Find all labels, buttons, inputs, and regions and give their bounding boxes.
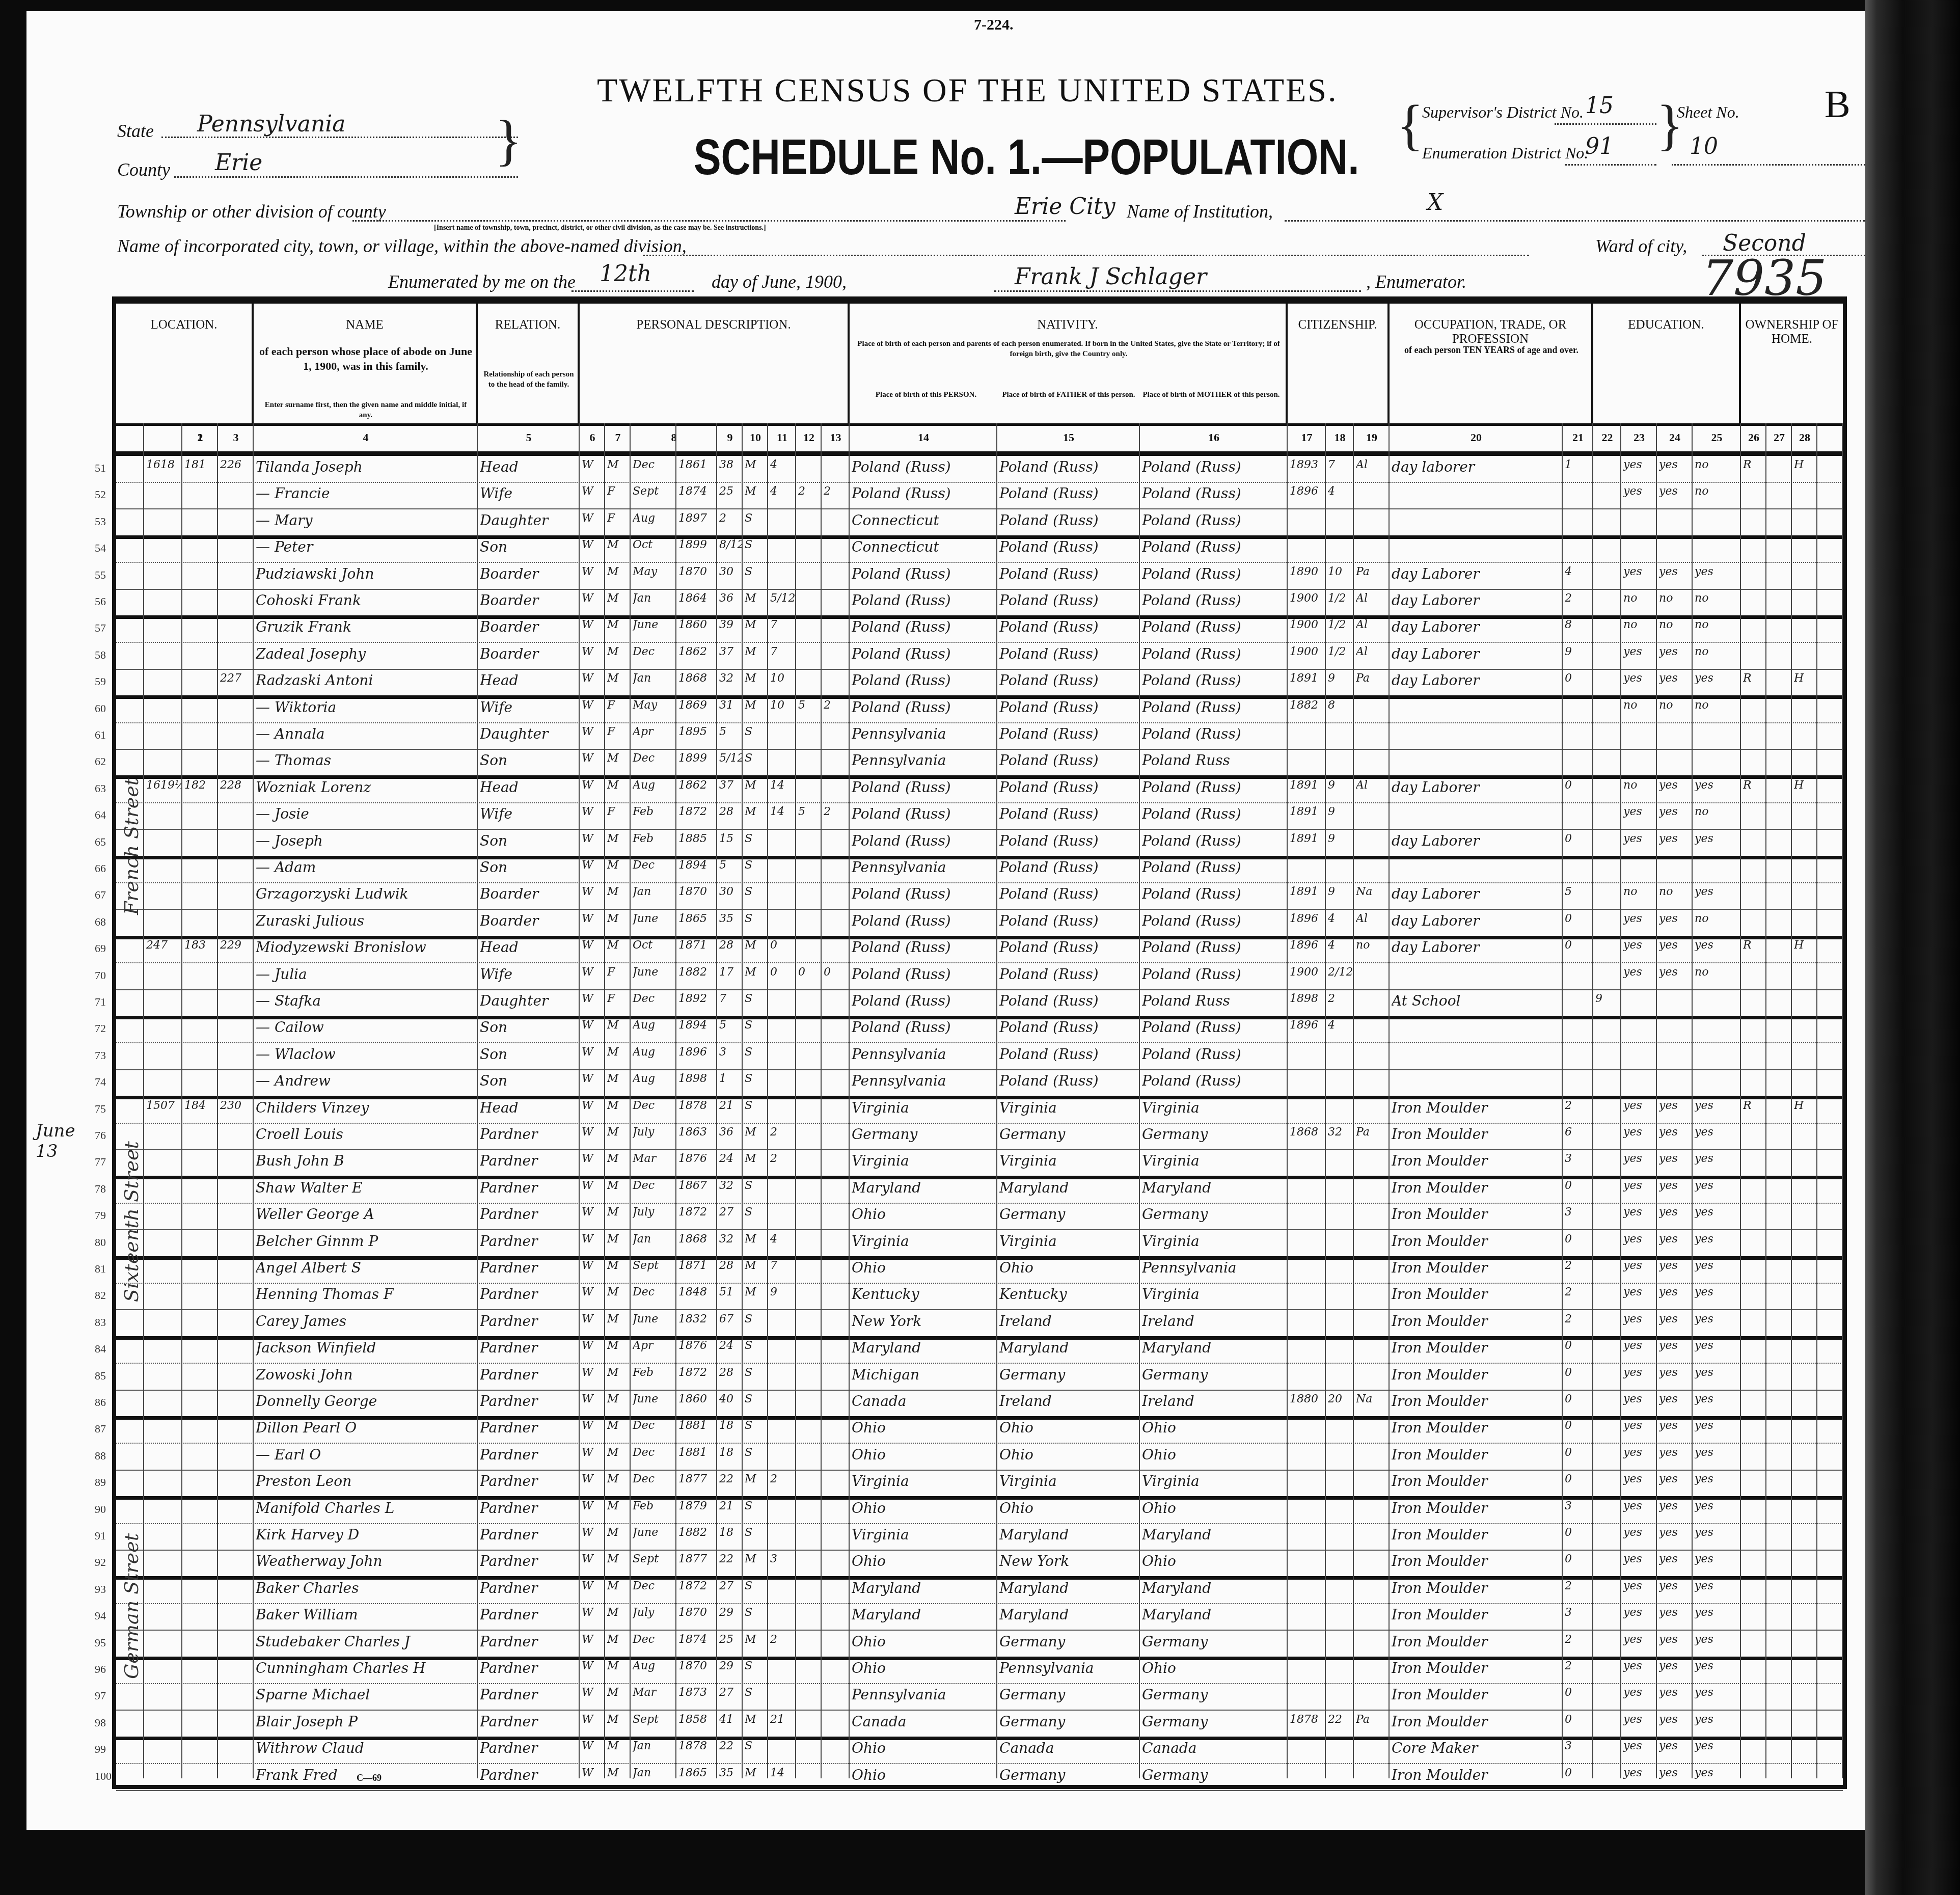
column-own [1741, 423, 1766, 1778]
column-living [822, 423, 850, 1778]
column-nat [1354, 423, 1390, 1778]
birth-father-header: Place of birth of FATHER of this person. [997, 390, 1140, 400]
form-number: 7-224. [974, 16, 1014, 34]
line-number: 78 [95, 1182, 106, 1196]
column-birth [850, 423, 997, 1778]
column-house [144, 423, 182, 1778]
line-number: 96 [95, 1663, 106, 1676]
population-table: LOCATION. NAME RELATION. PERSONAL DESCRI… [112, 296, 1847, 1789]
column-yrs_married [768, 423, 796, 1778]
group-ownership: OWNERSHIP OF HOME. [1741, 304, 1843, 423]
enumerator-line [994, 290, 1361, 292]
column-age [717, 423, 743, 1778]
line-number: 100 [95, 1770, 112, 1783]
enumerator-label: , Enumerator. [1366, 271, 1466, 292]
line-number: 93 [95, 1583, 106, 1596]
line-number: 77 [95, 1155, 106, 1169]
column-sex [605, 423, 631, 1778]
institution-label: Name of Institution, [1127, 201, 1273, 222]
line-number: 72 [95, 1022, 106, 1035]
enumerated-day: 12th [600, 261, 651, 287]
brace: { [1397, 93, 1424, 157]
state-value: Pennsylvania [197, 111, 346, 137]
line-number: 54 [95, 542, 106, 555]
occupation-instruction: of each person TEN YEARS of age and over… [1395, 344, 1588, 356]
line-number: 57 [95, 621, 106, 635]
line-number: 84 [95, 1342, 106, 1356]
institution-value: X [1427, 189, 1443, 215]
line-number: 75 [95, 1102, 106, 1116]
line-number: 83 [95, 1316, 106, 1329]
column-relation [478, 423, 580, 1778]
line-number: 87 [95, 1422, 106, 1436]
footer-code: C—69 [357, 1773, 382, 1783]
column-fs [1817, 423, 1843, 1778]
county-line [174, 176, 518, 178]
line-number: 62 [95, 755, 106, 768]
column-free [1766, 423, 1792, 1778]
line-number: 86 [95, 1396, 106, 1409]
line-number: 61 [95, 728, 106, 742]
line-number: 79 [95, 1209, 106, 1222]
sheet-line [1672, 164, 1865, 166]
name-enter-instruction: Enter surname first, then the given name… [259, 400, 473, 420]
column-mother_of [796, 423, 822, 1778]
institution-line [1285, 220, 1865, 222]
column-write [1657, 423, 1693, 1778]
enumerated-label: Enumerated by me on the [388, 271, 576, 292]
line-number: 81 [95, 1262, 106, 1276]
column-dwelling [182, 423, 218, 1778]
line-number: 91 [95, 1529, 106, 1542]
line-number: 74 [95, 1075, 106, 1089]
column-english [1693, 423, 1741, 1778]
line-number: 71 [95, 995, 106, 1009]
enumerated-day-line [571, 290, 694, 292]
census-title: TWELFTH CENSUS OF THE UNITED STATES. [597, 71, 1338, 110]
group-occupation: OCCUPATION, TRADE, OR PROFESSION [1390, 304, 1593, 423]
line-number: 52 [95, 488, 106, 501]
county-value: Erie [215, 150, 262, 176]
line-number: 69 [95, 942, 106, 955]
township-value: Erie City [1015, 194, 1115, 220]
column-color [580, 423, 605, 1778]
city-label: Name of incorporated city, town, or vill… [117, 235, 687, 257]
line-number: 53 [95, 515, 106, 528]
township-instruction: [Insert name of township, town, precinct… [434, 224, 766, 232]
line-number: 55 [95, 568, 106, 582]
date-note: June 13 [36, 1121, 76, 1161]
supervisor-label: Supervisor's District No. [1422, 103, 1584, 122]
street-name-note: French Street [120, 778, 143, 915]
line-number: 98 [95, 1716, 106, 1729]
township-label: Township or other division of county [117, 201, 386, 222]
birth-mother-header: Place of birth of MOTHER of this person. [1140, 390, 1283, 400]
group-citizenship: CITIZENSHIP. [1288, 304, 1390, 423]
line-number: 90 [95, 1503, 106, 1516]
line-number: 66 [95, 862, 106, 875]
schedule-letter: B [1825, 83, 1850, 127]
group-location: LOCATION. [116, 304, 254, 423]
column-school [1593, 423, 1621, 1778]
sheet-value: 10 [1690, 133, 1718, 159]
ed-label: Enumeration District No. [1422, 144, 1588, 163]
schedule-title: SCHEDULE No. 1.—POPULATION. [694, 128, 1359, 186]
column-mother [1140, 423, 1288, 1778]
nativity-instruction: Place of birth of each person and parent… [855, 339, 1283, 359]
ed-value: 91 [1585, 133, 1614, 159]
column-marital [743, 423, 768, 1778]
enumerated-date-label: day of June, 1900, [712, 271, 847, 292]
line-number: 58 [95, 648, 106, 662]
group-nativity: NATIVITY. [850, 304, 1288, 423]
line-number: 89 [95, 1476, 106, 1489]
column-family [218, 423, 254, 1778]
line-number: 94 [95, 1609, 106, 1622]
film-edge [1865, 0, 1960, 1895]
column-year [676, 423, 717, 1778]
line-number: 76 [95, 1129, 106, 1142]
line-number: 60 [95, 702, 106, 715]
line-number: 56 [95, 595, 106, 608]
township-line [352, 220, 1066, 222]
column-farm [1792, 423, 1817, 1778]
group-relation: RELATION. [478, 304, 580, 423]
ward-label: Ward of city, [1595, 235, 1687, 257]
line-number: 88 [95, 1449, 106, 1463]
supervisor-line [1555, 123, 1656, 125]
column-month [631, 423, 676, 1778]
line-number: 65 [95, 835, 106, 849]
group-education: EDUCATION. [1593, 304, 1741, 423]
line-number: 59 [95, 675, 106, 688]
line-number: 51 [95, 462, 106, 475]
street-name-note: German Street [120, 1533, 143, 1679]
birth-person-header: Place of birth of this PERSON. [855, 390, 997, 400]
street-name-note: Sixteenth Street [120, 1141, 143, 1302]
supervisor-value: 15 [1585, 93, 1614, 119]
line-number: 85 [95, 1369, 106, 1383]
column-read [1621, 423, 1657, 1778]
city-line [643, 255, 1529, 256]
sheet-label: Sheet No. [1677, 103, 1739, 122]
name-instruction: of each person whose place of abode on J… [259, 344, 473, 373]
line-number: 73 [95, 1049, 106, 1062]
line-number: 68 [95, 915, 106, 929]
line-number: 64 [95, 808, 106, 822]
ed-line [1565, 164, 1656, 166]
column-father [997, 423, 1140, 1778]
brace: } [495, 108, 522, 173]
line-number: 92 [95, 1556, 106, 1569]
line-number: 99 [95, 1743, 106, 1756]
line-number: 80 [95, 1236, 106, 1249]
line-number: 95 [95, 1636, 106, 1649]
state-label: State [117, 120, 154, 142]
column-immig [1288, 423, 1326, 1778]
column-unemployed [1563, 423, 1593, 1778]
relation-instruction: Relationship of each person to the head … [483, 370, 575, 390]
column-yrs_us [1326, 423, 1354, 1778]
line-number: 63 [95, 782, 106, 795]
line-number: 97 [95, 1689, 106, 1702]
line-number: 67 [95, 888, 106, 902]
column-occupation [1390, 423, 1563, 1778]
line-number: 70 [95, 969, 106, 982]
enumerator-name: Frank J Schlager [1015, 264, 1207, 290]
county-label: County [117, 159, 170, 180]
line-number: 82 [95, 1289, 106, 1302]
group-personal-description: PERSONAL DESCRIPTION. [580, 304, 850, 423]
column-name [254, 423, 478, 1778]
